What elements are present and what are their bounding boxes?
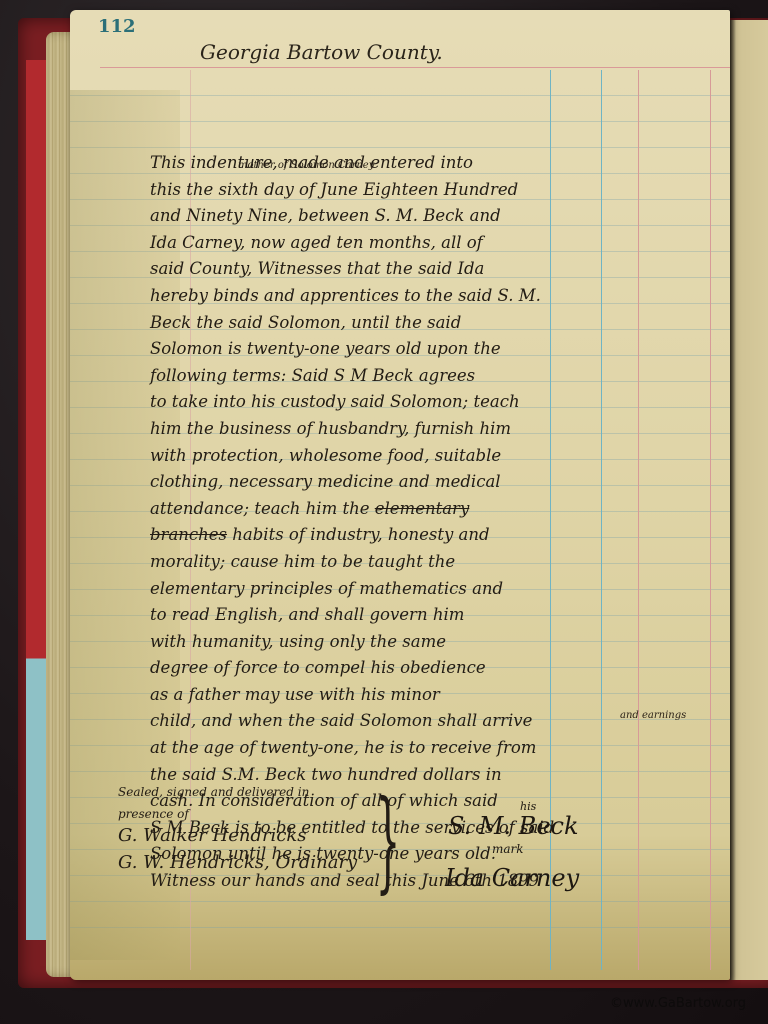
body-line: Beck the said Solomon, until the said <box>150 310 710 337</box>
body-line: him the business of husbandry, furnish h… <box>150 416 710 443</box>
brace-mark: } <box>376 790 384 910</box>
body-line: clothing, necessary medicine and medical <box>150 469 710 496</box>
column-line-red-2 <box>710 70 711 970</box>
body-line: degree of force to compel his obedience <box>150 655 710 682</box>
body-line: attendance; teach him the elementary <box>150 496 710 523</box>
body-line: Ida Carney, now aged ten months, all of <box>150 230 710 257</box>
document-heading: Georgia Bartow County. <box>200 40 620 64</box>
struck-word: elementary <box>375 499 470 518</box>
body-line: with humanity, using only the same <box>150 629 710 656</box>
witness-signature: G. W. Hendricks, Ordinary <box>118 852 398 873</box>
signature-beck: S. M. Beck <box>448 812 579 840</box>
body-line: following terms: Said S M Beck agrees <box>150 363 710 390</box>
witness-signature: G. Walker Hendricks <box>118 825 398 846</box>
body-line: This indenture, made and entered into <box>150 150 710 177</box>
attestation-line: Sealed, signed and delivered in <box>118 785 398 799</box>
indenture-body: This indenture, made and entered into th… <box>150 150 710 895</box>
body-line: at the age of twenty-one, he is to recei… <box>150 735 710 762</box>
body-line: to read English, and shall govern him <box>150 602 710 629</box>
cover-inner-edge <box>26 60 46 940</box>
body-line: with protection, wholesome food, suitabl… <box>150 443 710 470</box>
body-line: as a father may use with his minor <box>150 682 710 709</box>
watermark: ©www.GaBartow.org <box>610 996 746 1011</box>
body-line-text: attendance; teach him the <box>150 499 370 518</box>
body-line: branches habits of industry, honesty and <box>150 522 710 549</box>
attestation-line: presence of <box>118 807 398 821</box>
body-line: Solomon is twenty-one years old upon the <box>150 336 710 363</box>
header-rule <box>100 67 730 68</box>
body-line: hereby binds and apprentices to the said… <box>150 283 710 310</box>
struck-word: branches <box>150 525 227 544</box>
body-line: morality; cause him to be taught the <box>150 549 710 576</box>
body-line: child, and when the said Solomon shall a… <box>150 708 710 735</box>
body-line: to take into his custody said Solomon; t… <box>150 389 710 416</box>
body-line: this the sixth day of June Eighteen Hund… <box>150 177 710 204</box>
body-line: elementary principles of mathematics and <box>150 576 710 603</box>
facing-page <box>730 20 768 980</box>
signature-mark: mark <box>492 842 524 856</box>
body-line-text: habits of industry, honesty and <box>232 525 489 544</box>
signature-carney: Ida Carney <box>445 864 579 892</box>
body-line: said County, Witnesses that the said Ida <box>150 256 710 283</box>
page-number: 112 <box>98 16 136 37</box>
attestation-block: Sealed, signed and delivered in presence… <box>118 785 398 873</box>
body-line: and Ninety Nine, between S. M. Beck and <box>150 203 710 230</box>
